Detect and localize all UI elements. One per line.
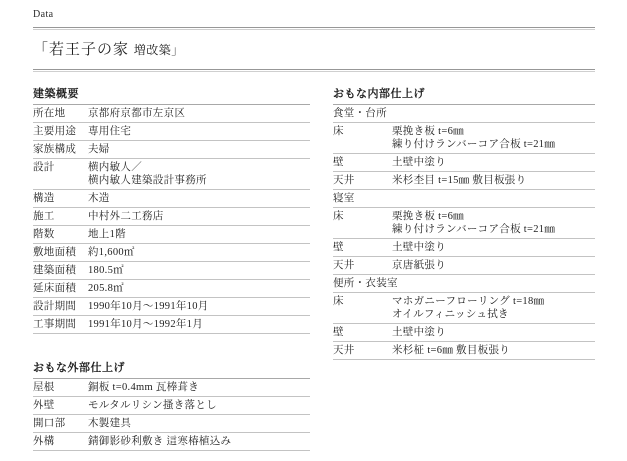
- row-label: 階数: [33, 228, 88, 241]
- section-title-interior: おもな内部仕上げ: [333, 85, 595, 105]
- content-columns: 建築概要所在地京都府京都市左京区主要用途専用住宅家族構成夫婦設計横内敏人／横内敏…: [33, 85, 595, 451]
- table-row: 壁土壁中塗り: [333, 239, 595, 257]
- row-value: 米杉柾 t=6㎜ 敷目板張り: [392, 344, 595, 357]
- row-value-line: 地上1階: [88, 228, 310, 241]
- row-value-line: 銅板 t=0.4mm 瓦棒葺き: [88, 381, 310, 394]
- table-row: 工事期間1991年10月〜1992年1月: [33, 316, 310, 334]
- row-label: 設計: [33, 161, 88, 174]
- row-value-line: 横内敏人建築設計事務所: [88, 174, 310, 187]
- row-value: 約1,600㎡: [88, 246, 310, 259]
- table-row: 壁土壁中塗り: [333, 324, 595, 342]
- row-value: 1990年10月〜1991年10月: [88, 300, 310, 313]
- row-value: 1991年10月〜1992年1月: [88, 318, 310, 331]
- row-value: 夫婦: [88, 143, 310, 156]
- row-label: 天井: [333, 259, 392, 272]
- row-value: 横内敏人／横内敏人建築設計事務所: [88, 161, 310, 187]
- row-label: 床: [333, 295, 392, 308]
- row-label: 所在地: [33, 107, 88, 120]
- subsection-row: 食堂・台所: [333, 105, 595, 123]
- row-value: 土壁中塗り: [392, 241, 595, 254]
- left-column: 建築概要所在地京都府京都市左京区主要用途専用住宅家族構成夫婦設計横内敏人／横内敏…: [33, 85, 310, 451]
- page-title: 「若王子の家 増改築」: [33, 41, 595, 59]
- row-label: 天井: [333, 344, 392, 357]
- row-value: 地上1階: [88, 228, 310, 241]
- section-title-exterior: おもな外部仕上げ: [33, 359, 310, 379]
- row-value-line: 練り付けランバーコア合板 t=21㎜: [392, 223, 595, 236]
- row-value: 米杉杢目 t=15㎜ 敷目板張り: [392, 174, 595, 187]
- table-row: 施工中村外二工務店: [33, 208, 310, 226]
- row-label: 外壁: [33, 399, 88, 412]
- row-value-line: 夫婦: [88, 143, 310, 156]
- row-label: 壁: [333, 156, 392, 169]
- row-value: 京唐紙張り: [392, 259, 595, 272]
- row-label: 外構: [33, 435, 88, 448]
- row-value-line: 約1,600㎡: [88, 246, 310, 259]
- section-exterior-finishes: おもな外部仕上げ屋根銅板 t=0.4mm 瓦棒葺き外壁モルタルリシン搔き落とし開…: [33, 359, 310, 451]
- row-label: 主要用途: [33, 125, 88, 138]
- table-row: 屋根銅板 t=0.4mm 瓦棒葺き: [33, 379, 310, 397]
- row-label: 建築面積: [33, 264, 88, 277]
- right-column: おもな内部仕上げ食堂・台所床栗挽き板 t=6㎜練り付けランバーコア合板 t=21…: [333, 85, 595, 451]
- row-value: 205.8㎡: [88, 282, 310, 295]
- section-interior-finishes: おもな内部仕上げ食堂・台所床栗挽き板 t=6㎜練り付けランバーコア合板 t=21…: [333, 85, 595, 360]
- row-value-line: 京都府京都市左京区: [88, 107, 310, 120]
- row-label: 延床面積: [33, 282, 88, 295]
- row-label: 床: [333, 210, 392, 223]
- page-title-main: 「若王子の家: [33, 42, 129, 58]
- subsection-row: 便所・衣装室: [333, 275, 595, 293]
- row-value-line: 専用住宅: [88, 125, 310, 138]
- table-row: 設計横内敏人／横内敏人建築設計事務所: [33, 159, 310, 190]
- table-row: 階数地上1階: [33, 226, 310, 244]
- row-value: 180.5㎡: [88, 264, 310, 277]
- doc-label: Data: [33, 9, 595, 20]
- row-value: モルタルリシン搔き落とし: [88, 399, 310, 412]
- row-value: マホガニーフローリング t=18㎜オイルフィニッシュ拭き: [392, 295, 595, 321]
- row-value-line: 1990年10月〜1991年10月: [88, 300, 310, 313]
- section-title-overview: 建築概要: [33, 85, 310, 105]
- table-row: 構造木造: [33, 190, 310, 208]
- row-value: 錆御影砂利敷き 這寒椿植込み: [88, 435, 310, 448]
- row-value-line: オイルフィニッシュ拭き: [392, 308, 595, 321]
- row-value-line: 180.5㎡: [88, 264, 310, 277]
- row-value: 栗挽き板 t=6㎜練り付けランバーコア合板 t=21㎜: [392, 210, 595, 236]
- row-label: 敷地面積: [33, 246, 88, 259]
- table-row: 設計期間1990年10月〜1991年10月: [33, 298, 310, 316]
- page-title-sub: 増改築」: [134, 43, 184, 57]
- row-value: 木造: [88, 192, 310, 205]
- row-value-line: 1991年10月〜1992年1月: [88, 318, 310, 331]
- row-value-line: マホガニーフローリング t=18㎜: [392, 295, 595, 308]
- row-label: 屋根: [33, 381, 88, 394]
- table-row: 敷地面積約1,600㎡: [33, 244, 310, 262]
- top-rule: [33, 27, 595, 30]
- row-label: 壁: [333, 326, 392, 339]
- row-value-line: 土壁中塗り: [392, 241, 595, 254]
- subsection-label: 食堂・台所: [333, 107, 595, 120]
- row-value: 専用住宅: [88, 125, 310, 138]
- row-value: 銅板 t=0.4mm 瓦棒葺き: [88, 381, 310, 394]
- table-row: 開口部木製建具: [33, 415, 310, 433]
- table-row: 外構錆御影砂利敷き 這寒椿植込み: [33, 433, 310, 451]
- section-building-overview: 建築概要所在地京都府京都市左京区主要用途専用住宅家族構成夫婦設計横内敏人／横内敏…: [33, 85, 310, 334]
- row-label: 天井: [333, 174, 392, 187]
- row-label: 設計期間: [33, 300, 88, 313]
- row-value-line: 米杉杢目 t=15㎜ 敷目板張り: [392, 174, 595, 187]
- table-row: 天井京唐紙張り: [333, 257, 595, 275]
- table-row: 家族構成夫婦: [33, 141, 310, 159]
- row-value-line: モルタルリシン搔き落とし: [88, 399, 310, 412]
- table-row: 天井米杉杢目 t=15㎜ 敷目板張り: [333, 172, 595, 190]
- row-value-line: 205.8㎡: [88, 282, 310, 295]
- row-label: 床: [333, 125, 392, 138]
- subsection-label: 便所・衣装室: [333, 277, 595, 290]
- row-value-line: 栗挽き板 t=6㎜: [392, 210, 595, 223]
- table-row: 壁土壁中塗り: [333, 154, 595, 172]
- table-row: 外壁モルタルリシン搔き落とし: [33, 397, 310, 415]
- row-value-line: 米杉柾 t=6㎜ 敷目板張り: [392, 344, 595, 357]
- row-value: 中村外二工務店: [88, 210, 310, 223]
- row-value: 栗挽き板 t=6㎜練り付けランバーコア合板 t=21㎜: [392, 125, 595, 151]
- row-value: 京都府京都市左京区: [88, 107, 310, 120]
- row-value-line: 錆御影砂利敷き 這寒椿植込み: [88, 435, 310, 448]
- row-value-line: 土壁中塗り: [392, 326, 595, 339]
- table-row: 主要用途専用住宅: [33, 123, 310, 141]
- row-value-line: 横内敏人／: [88, 161, 310, 174]
- table-row: 建築面積180.5㎡: [33, 262, 310, 280]
- table-row: 床マホガニーフローリング t=18㎜オイルフィニッシュ拭き: [333, 293, 595, 324]
- row-value: 木製建具: [88, 417, 310, 430]
- data-page: { "theme":{ "ink_color":"#1f1f1f", "rule…: [0, 0, 627, 461]
- row-label: 開口部: [33, 417, 88, 430]
- row-value-line: 京唐紙張り: [392, 259, 595, 272]
- row-value-line: 栗挽き板 t=6㎜: [392, 125, 595, 138]
- table-row: 延床面積205.8㎡: [33, 280, 310, 298]
- row-label: 施工: [33, 210, 88, 223]
- table-row: 床栗挽き板 t=6㎜練り付けランバーコア合板 t=21㎜: [333, 208, 595, 239]
- row-value-line: 土壁中塗り: [392, 156, 595, 169]
- subsection-row: 寝室: [333, 190, 595, 208]
- row-label: 壁: [333, 241, 392, 254]
- row-value: 土壁中塗り: [392, 156, 595, 169]
- table-row: 天井米杉柾 t=6㎜ 敷目板張り: [333, 342, 595, 360]
- row-value-line: 木製建具: [88, 417, 310, 430]
- row-value-line: 中村外二工務店: [88, 210, 310, 223]
- row-value: 土壁中塗り: [392, 326, 595, 339]
- title-rule: [33, 69, 595, 72]
- row-label: 工事期間: [33, 318, 88, 331]
- table-row: 床栗挽き板 t=6㎜練り付けランバーコア合板 t=21㎜: [333, 123, 595, 154]
- subsection-label: 寝室: [333, 192, 595, 205]
- row-value-line: 木造: [88, 192, 310, 205]
- row-label: 家族構成: [33, 143, 88, 156]
- row-label: 構造: [33, 192, 88, 205]
- table-row: 所在地京都府京都市左京区: [33, 105, 310, 123]
- row-value-line: 練り付けランバーコア合板 t=21㎜: [392, 138, 595, 151]
